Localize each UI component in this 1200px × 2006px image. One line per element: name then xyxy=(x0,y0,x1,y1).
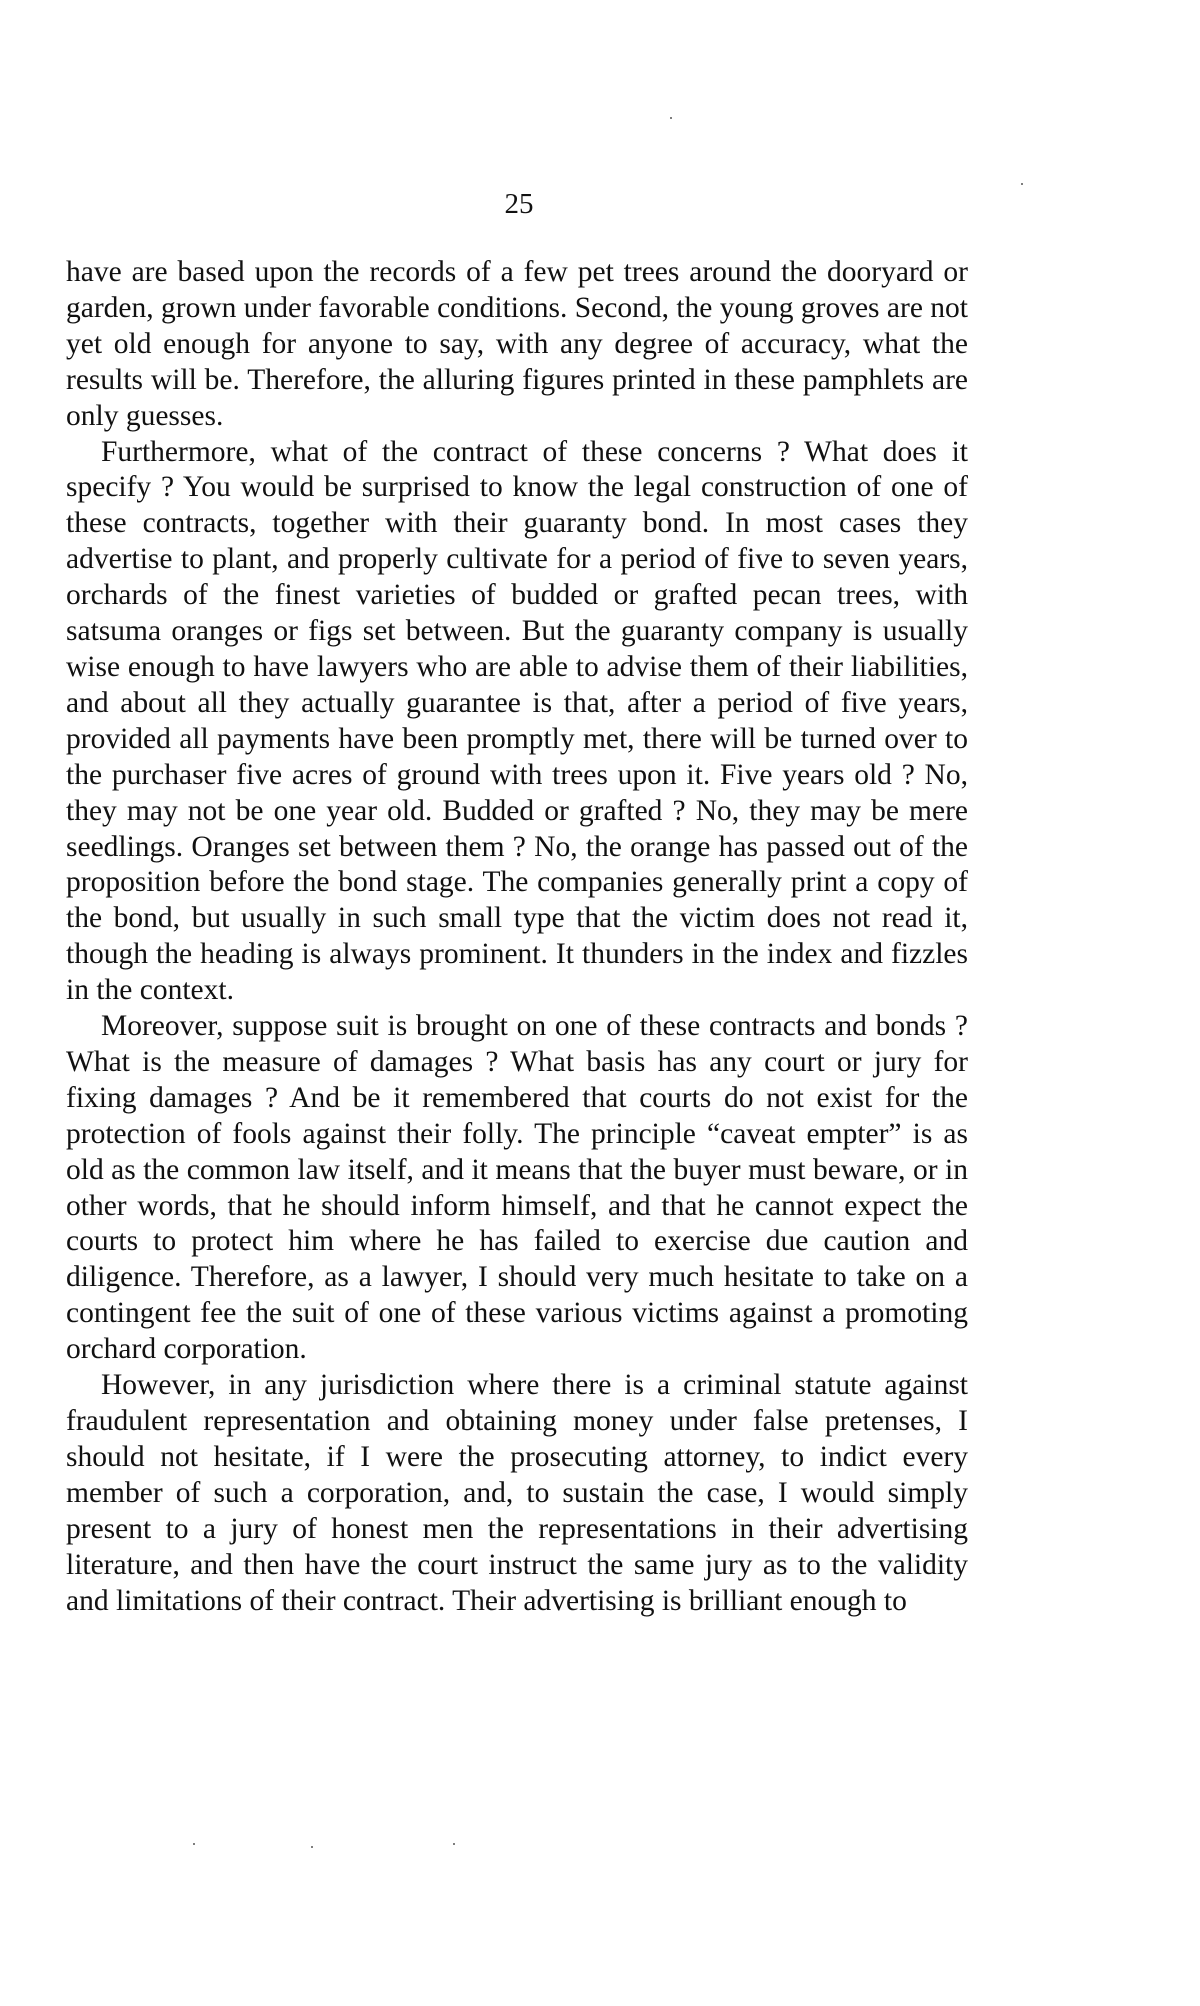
paragraph: However, in any jurisdiction where there… xyxy=(66,1368,968,1619)
paragraph: have are based upon the records of a few… xyxy=(66,255,968,435)
page-number: 25 xyxy=(0,188,1038,221)
page-body: have are based upon the records of a few… xyxy=(66,255,968,1619)
paragraph: Moreover, suppose suit is brought on one… xyxy=(66,1009,968,1368)
scan-speck xyxy=(311,1846,313,1848)
scan-speck xyxy=(453,1843,455,1845)
scan-speck xyxy=(1021,183,1023,185)
scan-speck xyxy=(193,1843,195,1845)
scan-speck xyxy=(670,117,672,119)
paragraph: Furthermore, what of the contract of the… xyxy=(66,435,968,1010)
